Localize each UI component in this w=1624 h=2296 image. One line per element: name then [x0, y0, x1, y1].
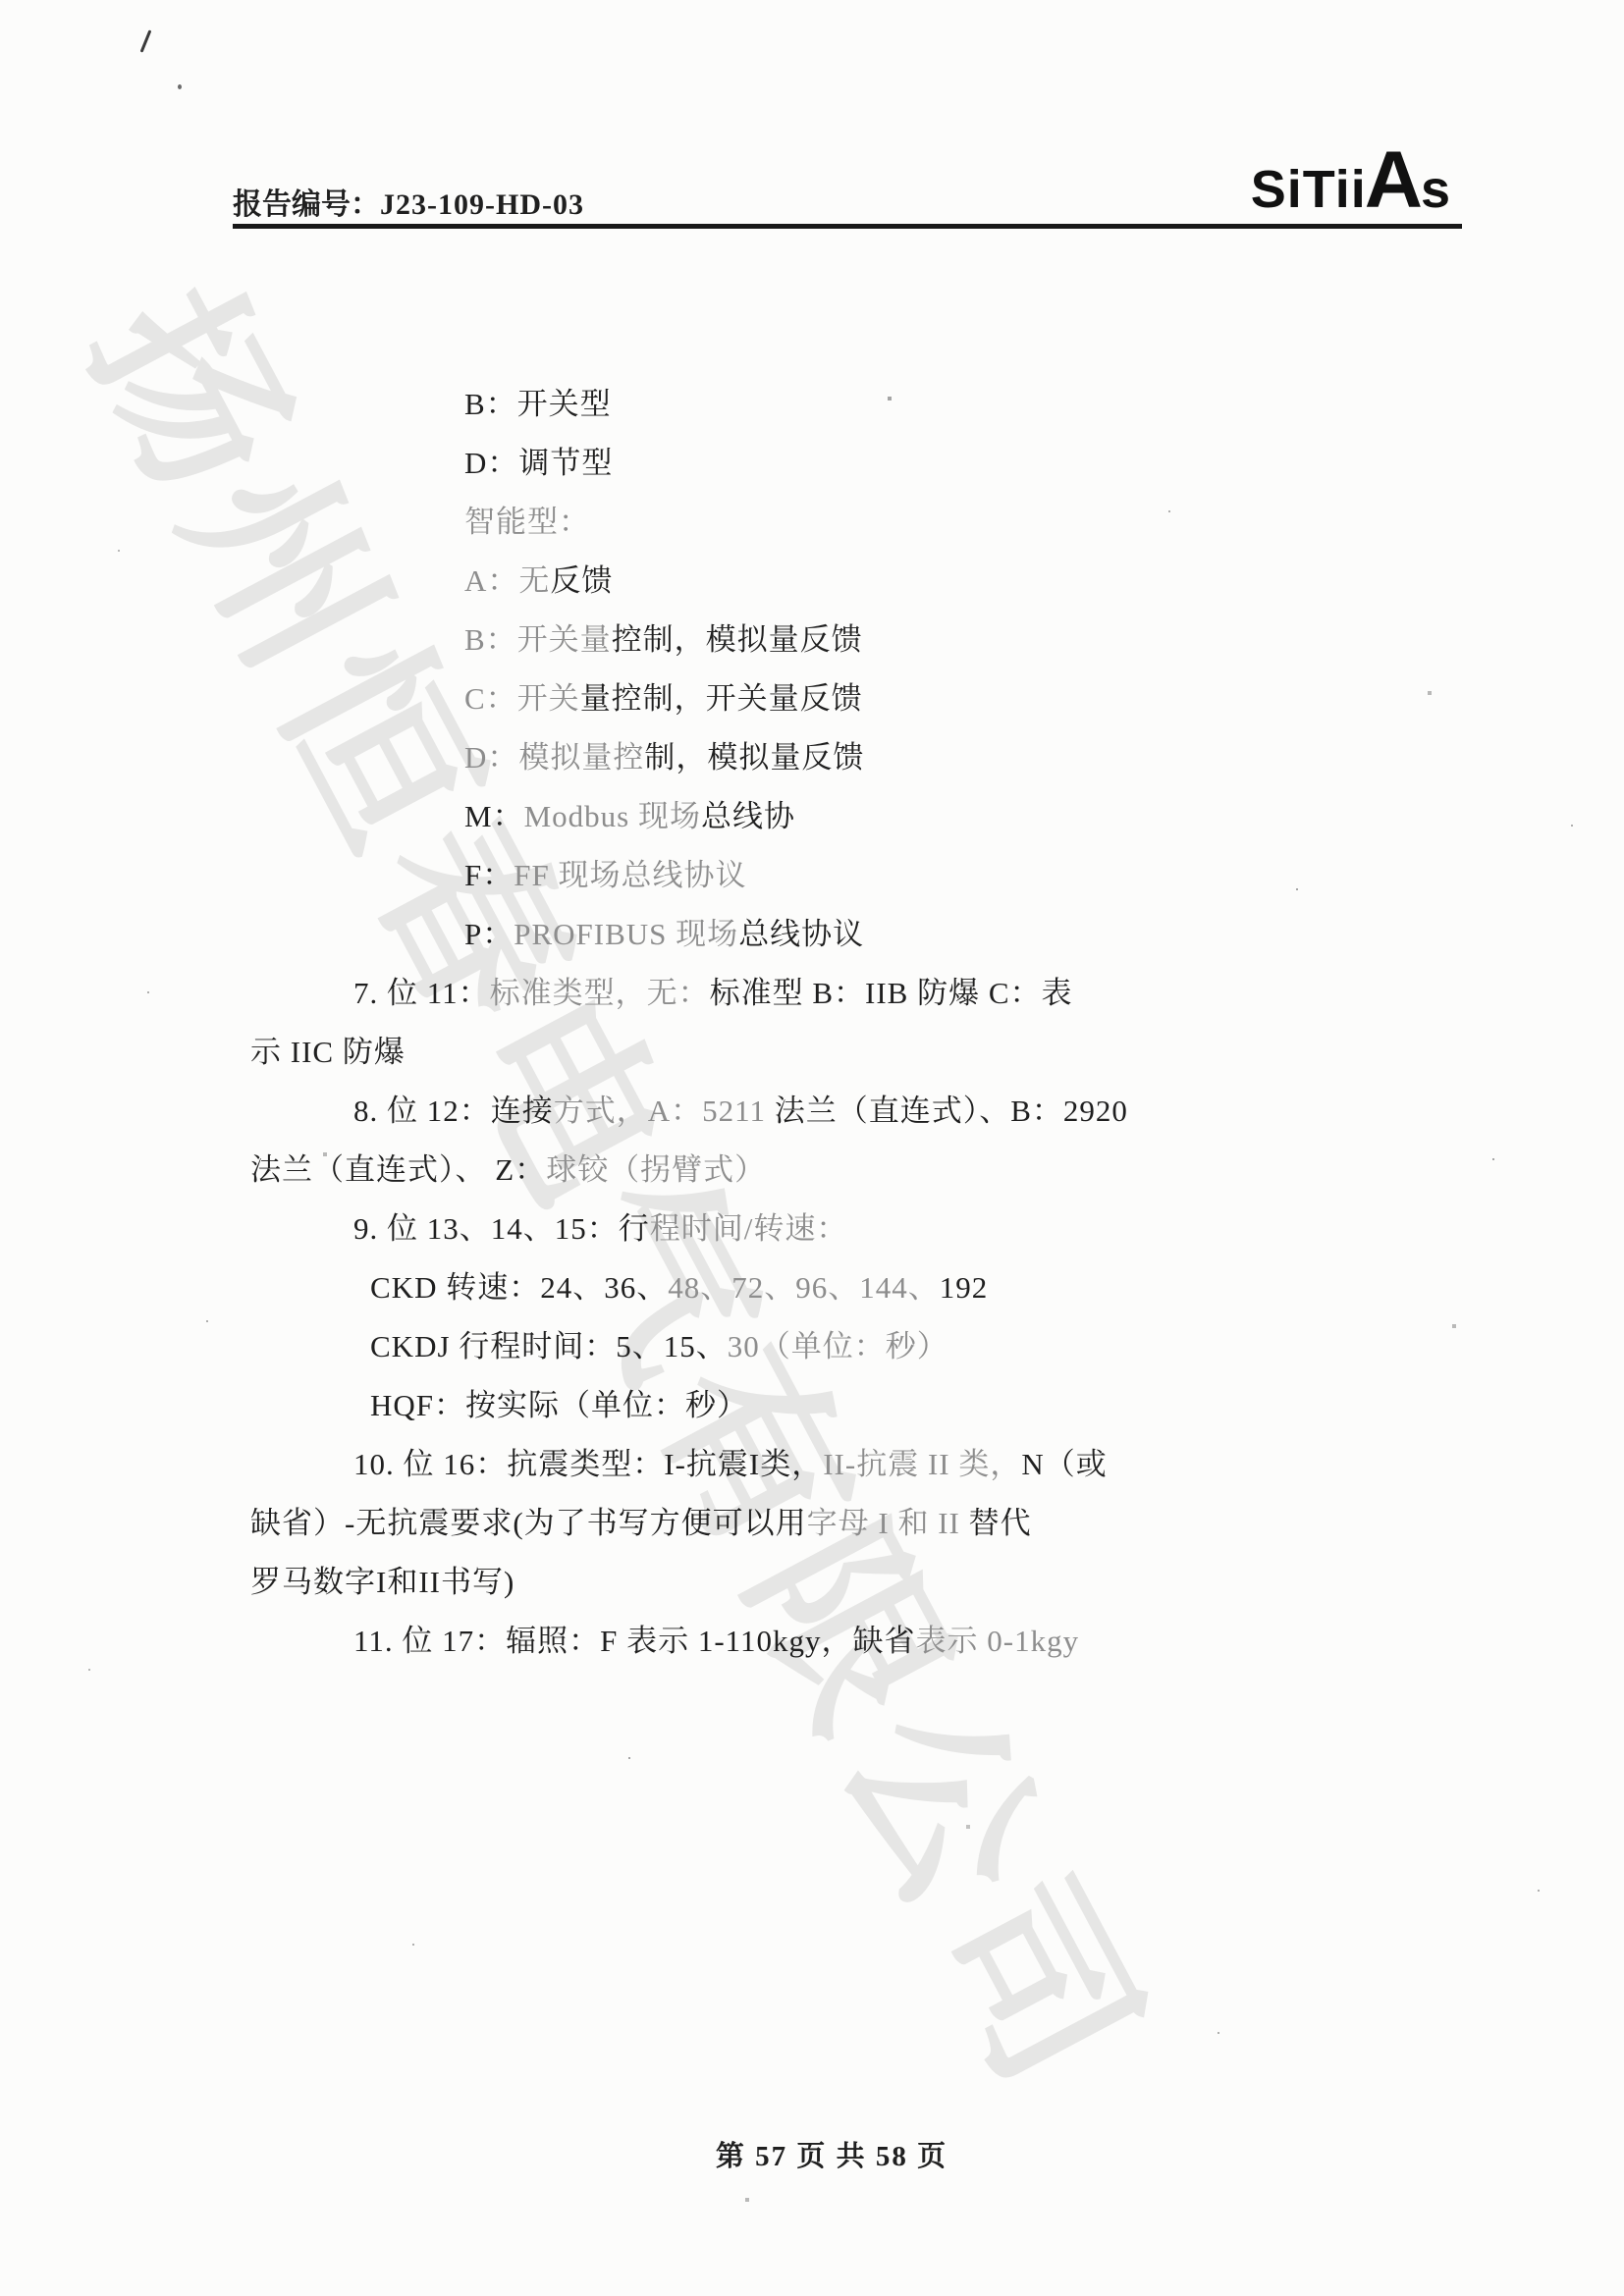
report-number: 报告编号：J23-109-HD-03 — [233, 180, 584, 223]
text-segment: FF 现场总线协议 — [514, 858, 746, 892]
text-line: HQF：按实际（单位：秒） — [370, 1376, 1394, 1435]
text-segment: D：调节型 — [464, 446, 613, 480]
text-line: P：PROFIBUS 现场总线协议 — [464, 905, 1394, 964]
text-line: 9. 位 13、14、15：行程时间/转速： — [353, 1200, 1394, 1258]
text-segment: 替代 — [969, 1506, 1032, 1540]
header-rule — [233, 224, 1462, 229]
text-segment: 量控制，开关量反馈 — [580, 681, 863, 716]
text-segment: 智能型： — [464, 505, 590, 539]
report-number-label: 报告编号： — [233, 188, 380, 221]
text-line: A：无反馈 — [464, 552, 1394, 611]
text-segment: 10. 位 16：抗震类型：I-抗震I类， — [353, 1447, 823, 1481]
text-line: CKDJ 行程时间：5、15、30（单位：秒） — [370, 1317, 1394, 1376]
text-segment: 48、72、96、144、 — [668, 1270, 940, 1305]
text-segment: B：开关型 — [464, 387, 612, 421]
text-segment: A：无 — [464, 563, 550, 598]
text-line: B：开关量控制，模拟量反馈 — [464, 611, 1394, 669]
sitiias-logo: SiTii A s — [1216, 140, 1451, 221]
text-segment: 字母 I 和 II — [807, 1506, 969, 1540]
text-segment: B：开关量 — [464, 622, 612, 657]
text-line: D：模拟量控制，模拟量反馈 — [464, 728, 1394, 787]
text-line: M：Modbus 现场总线协 — [464, 787, 1394, 846]
text-line: CKD 转速：24、36、48、72、96、144、192 — [370, 1258, 1394, 1317]
text-segment: 罗马数字I和II书写) — [250, 1565, 514, 1599]
text-segment: 标准类型，无： — [490, 976, 710, 1010]
logo-part: SiTii — [1251, 163, 1367, 216]
body-lines: B：开关型D：调节型智能型：A：无反馈B：开关量控制，模拟量反馈C：开关量控制，… — [250, 375, 1394, 1671]
text-segment: HQF：按实际（单位：秒） — [370, 1388, 748, 1422]
scan-noise — [0, 0, 2, 2]
text-segment: 法兰（直连式）、B：2920 — [775, 1094, 1128, 1128]
text-segment: CKDJ 行程时间：5、15、 — [370, 1329, 728, 1363]
logo-part: A — [1365, 140, 1423, 221]
text-segment: 总线协议 — [738, 917, 864, 951]
text-segment: 192 — [940, 1270, 989, 1305]
text-segment: 控制，模拟量反馈 — [612, 622, 863, 657]
text-line: 示 IIC 防爆 — [250, 1023, 1394, 1082]
text-line: 罗马数字I和II书写) — [250, 1553, 1394, 1612]
text-segment: 法兰（直连式）、 Z： — [250, 1152, 546, 1187]
text-line: D：调节型 — [464, 434, 1394, 493]
text-segment: 表示 0-1kgy — [916, 1624, 1080, 1658]
text-line: B：开关型 — [464, 375, 1394, 434]
logo-part: s — [1421, 163, 1451, 216]
report-number-value: J23-109-HD-03 — [380, 188, 584, 221]
text-line: F：FF 现场总线协议 — [464, 846, 1394, 905]
text-segment: 标准型 B：IIB 防爆 C：表 — [710, 976, 1073, 1010]
text-segment: 11. 位 17：辐照：F 表示 1-110kgy，缺省 — [353, 1624, 916, 1658]
text-segment: CKD 转速：24、36、 — [370, 1270, 668, 1305]
document-page: 扬州恒春电气有限公司 报告编号：J23-109-HD-03 SiTii A s … — [0, 0, 1624, 2296]
text-segment: 9. 位 13、14、15：行 — [353, 1211, 650, 1246]
text-segment: 示 IIC 防爆 — [250, 1035, 406, 1069]
text-segment: 反馈 — [550, 563, 613, 598]
text-line: 10. 位 16：抗震类型：I-抗震I类，II-抗震 II 类，N（或 — [353, 1435, 1394, 1494]
text-segment: Modbus 现场 — [524, 799, 701, 833]
text-segment: II-抗震 II 类， — [823, 1447, 1021, 1481]
page-number: 第 57 页 共 58 页 — [716, 2141, 947, 2172]
text-segment: 8. 位 12：连接 — [353, 1094, 554, 1128]
text-segment: PROFIBUS 现场 — [514, 917, 738, 951]
text-segment: M： — [464, 799, 524, 833]
text-line: C：开关量控制，开关量反馈 — [464, 669, 1394, 728]
text-line: 智能型： — [464, 493, 1394, 552]
text-segment: 缺省）-无抗震要求(为了书写方便可以用 — [250, 1506, 807, 1540]
text-segment: 7. 位 11： — [353, 976, 490, 1010]
text-segment: 程时间/转速： — [650, 1211, 848, 1246]
text-segment: D：模拟量控 — [464, 740, 644, 774]
scan-stray-dot — [178, 84, 182, 89]
text-segment: C：开关 — [464, 681, 580, 716]
text-segment: 球铰（拐臂式） — [546, 1152, 766, 1187]
text-segment: 制，模拟量反馈 — [644, 740, 864, 774]
text-line: 7. 位 11：标准类型，无：标准型 B：IIB 防爆 C：表 — [353, 964, 1394, 1023]
text-segment: N（或 — [1021, 1447, 1107, 1481]
text-segment: 30（单位：秒） — [728, 1329, 948, 1363]
text-segment: 方式，A：5211 — [554, 1094, 775, 1128]
text-segment: P： — [464, 917, 514, 951]
scan-stray-mark — [140, 29, 152, 52]
page-footer: 第 57 页 共 58 页 — [0, 2134, 1624, 2174]
text-line: 8. 位 12：连接方式，A：5211 法兰（直连式）、B：2920 — [353, 1082, 1394, 1141]
text-segment: 总线协 — [701, 799, 795, 833]
text-line: 缺省）-无抗震要求(为了书写方便可以用字母 I 和 II 替代 — [250, 1494, 1394, 1553]
text-line: 11. 位 17：辐照：F 表示 1-110kgy，缺省表示 0-1kgy — [353, 1612, 1394, 1671]
text-line: 法兰（直连式）、 Z：球铰（拐臂式） — [250, 1141, 1394, 1200]
text-segment: F： — [464, 858, 514, 892]
